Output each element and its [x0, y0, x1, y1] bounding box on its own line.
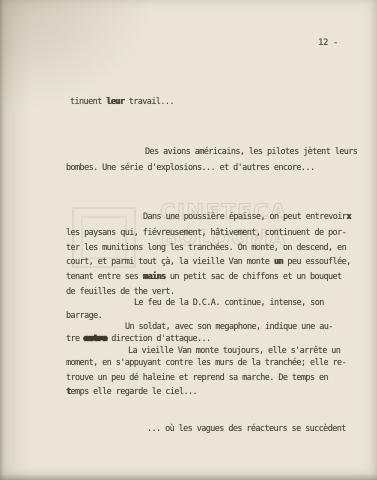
typed-segment: les paysans qui, fiévreusement, hâtiveme… [66, 228, 346, 238]
typed-segment: direction d'attaque... [107, 334, 211, 344]
typed-segment: Dans une poussière épaisse, on peut entr… [143, 212, 346, 222]
typed-line: moment, en s'appuyant contre les murs de… [66, 358, 346, 369]
typed-segment: travail... [124, 97, 174, 107]
typed-segment: La vieille Van monte toujours, elle s'ar… [128, 346, 340, 356]
typed-line: Le feu de la D.C.A. continue, intense, s… [134, 298, 324, 309]
typed-line: de feuilles de the vert. [66, 287, 174, 298]
paper-corner-shadow [0, 0, 150, 110]
typed-segment: Un soldat, avec son megaphone, indique u… [125, 322, 333, 332]
typed-segment: de feuilles de the vert. [66, 287, 174, 297]
overstruck-word: un [274, 257, 283, 267]
typed-segment: peu essouflée, [283, 257, 351, 267]
overstruck-word: leur [106, 97, 124, 107]
typed-line: barrage. [66, 311, 102, 322]
typed-segment: ter les munitions long les tranchées. On… [66, 243, 346, 253]
typed-segment: tinuent [70, 97, 106, 107]
typed-line: Dans une poussière épaisse, on peut entr… [143, 212, 351, 223]
typed-line: bombes. Une série d'explosions... et d'a… [66, 163, 314, 174]
typed-segment: emps elle regarde le ciel... [71, 387, 198, 397]
paper-left-edge [0, 0, 4, 480]
typed-line: ... où les vagues des réacteurs se succè… [147, 424, 346, 435]
scanned-typescript-page: CINETECA BOLOGNA 12 - tinuent leur trava… [0, 0, 377, 480]
typed-segment: bombes. Une série d'explosions... et d'a… [66, 163, 314, 173]
typed-line: tenant entre ses mains un petit sac de c… [66, 272, 342, 283]
typed-segment: tre [66, 334, 84, 344]
typed-segment: trouve un peu dé haleine et reprend sa m… [66, 373, 328, 383]
typed-line: tinuent leur travail... [70, 97, 174, 108]
overstruck-word: x [346, 212, 351, 222]
typed-segment: Des avions américains, les pilotes jèten… [145, 147, 357, 157]
typed-segment: Le feu de la D.C.A. continue, intense, s… [134, 298, 324, 308]
typed-segment: ... où les vagues des réacteurs se succè… [147, 424, 346, 434]
typed-line: trouve un peu dé haleine et reprend sa m… [66, 373, 328, 384]
typed-line: Un soldat, avec son megaphone, indique u… [125, 322, 333, 333]
typed-line: Des avions américains, les pilotes jèten… [145, 147, 357, 158]
overstruck-word: mains [143, 272, 166, 282]
page-number: 12 - [318, 38, 338, 48]
typed-line: tre autre direction d'attaque... [66, 334, 211, 345]
typed-line: temps elle regarde le ciel... [66, 387, 197, 398]
typed-line: La vieille Van monte toujours, elle s'ar… [128, 346, 340, 357]
typed-segment: un petit sac de chiffons et un bouquet [165, 272, 341, 282]
typed-segment: moment, en s'appuyant contre les murs de… [66, 358, 346, 368]
typed-segment: tenant entre ses [66, 272, 143, 282]
typed-line: ter les munitions long les tranchées. On… [66, 243, 346, 254]
struck-out-word: autre [84, 334, 107, 344]
typed-line: court, et parmi tout çà, la vieille Van … [66, 257, 351, 268]
typed-line: les paysans qui, fiévreusement, hâtiveme… [66, 228, 346, 239]
typed-segment: barrage. [66, 311, 102, 321]
paper-bottom-edge [0, 474, 377, 480]
typed-segment: court, et parmi tout çà, la vieille Van … [66, 257, 274, 267]
